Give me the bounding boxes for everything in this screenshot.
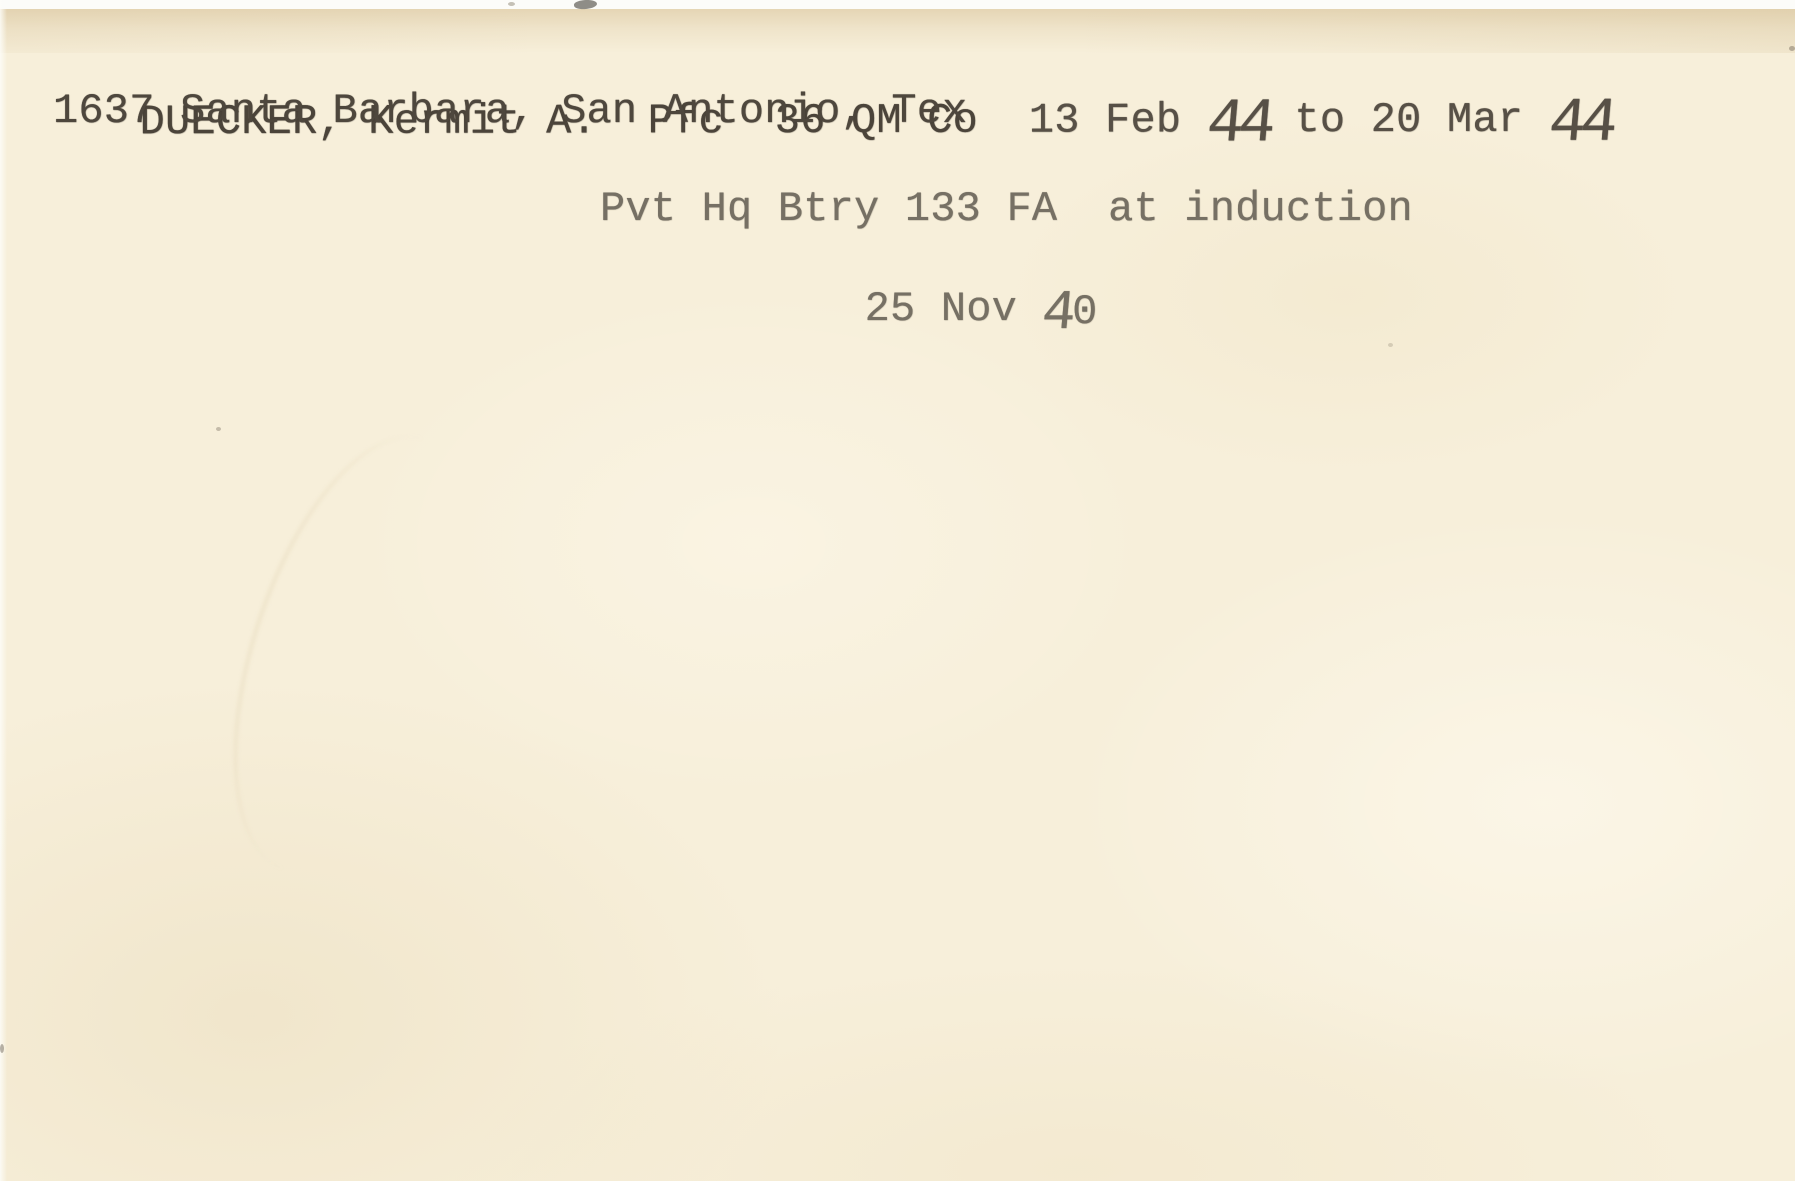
service-date-from: 13 Feb — [1029, 96, 1207, 144]
scan-artifact-dot — [508, 2, 515, 6]
index-card: DUECKER, Kermit A. Pfc 36 QM Co 13 Feb 4… — [0, 0, 1795, 1181]
paper-speck — [1789, 46, 1795, 51]
induction-year-digit-4: 4 — [1040, 285, 1075, 341]
scan-left-edge — [0, 0, 7, 1181]
address-line: 1637 Santa Barbara, San Antonio, Tex — [53, 90, 968, 132]
service-year-to: 44 — [1546, 93, 1614, 155]
paper-speck — [0, 1044, 4, 1053]
scan-edge-strip — [0, 0, 1795, 9]
paper-speck — [1388, 343, 1393, 347]
induction-date-line: 25 Nov 40 — [763, 235, 1097, 375]
date-range-to: to 20 Mar — [1269, 96, 1549, 144]
induction-date-prefix: 25 Nov — [865, 285, 1043, 333]
service-year-from: 44 — [1204, 93, 1272, 155]
prior-service-note: Pvt Hq Btry 133 FA at induction — [600, 188, 1413, 230]
induction-year-digit-0: 0 — [1072, 291, 1097, 333]
paper-speck — [216, 427, 221, 431]
